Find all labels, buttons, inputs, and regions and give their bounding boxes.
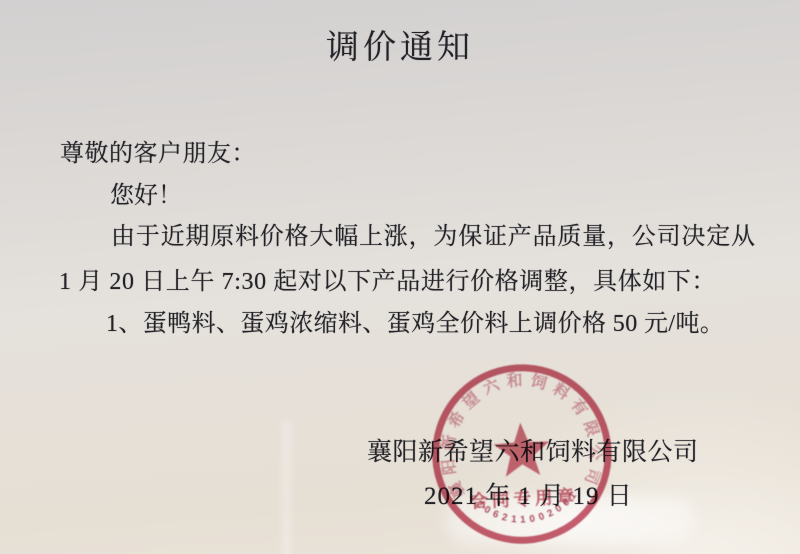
document-photo: 调价通知 尊敬的客户朋友： 您好！ 由于近期原料价格大幅上涨，为保证产品质量，公… <box>0 0 800 554</box>
company-seal: 襄阳新希望六和饲料有限公司 合同专用章 4206211002001 <box>419 353 625 554</box>
salutation-line: 尊敬的客户朋友： <box>60 142 256 166</box>
body-line-2: 1 月 20 日上午 7:30 起对以下产品进行价格调整，具体如下： <box>59 270 716 294</box>
page-title: 调价通知 <box>0 32 800 65</box>
price-item-line: 1、蛋鸭料、蛋鸡浓缩料、蛋鸡全价料上调价格 50 元/吨。 <box>106 312 724 336</box>
company-seal-graphic: 襄阳新希望六和饲料有限公司 合同专用章 4206211002001 <box>419 353 625 554</box>
seal-star-icon <box>492 421 551 477</box>
body-line-1: 由于近期原料价格大幅上涨，为保证产品质量，公司决定从 <box>111 225 756 249</box>
greeting-line: 您好！ <box>110 184 182 208</box>
paper-crease <box>283 420 290 554</box>
